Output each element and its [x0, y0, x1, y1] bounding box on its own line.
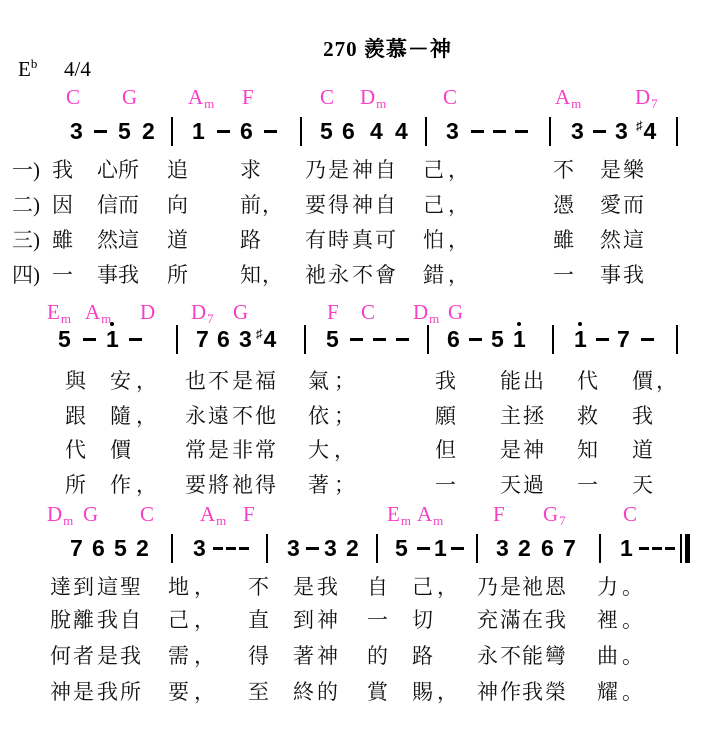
chord-quality: m	[63, 513, 73, 528]
lyric-char: 神	[317, 644, 338, 668]
chord-quality: m	[429, 311, 439, 326]
lyric-char: 是	[328, 158, 349, 182]
key-signature: Eb	[18, 56, 37, 82]
note-dash	[665, 547, 675, 550]
lyric-char: 己	[168, 608, 189, 632]
lyric-char: 而	[118, 193, 139, 217]
note-digit: 5	[326, 327, 339, 352]
lyric-char: 我	[623, 263, 644, 287]
note-digit: 1	[574, 327, 587, 352]
chord-symbol: F	[242, 86, 254, 108]
chord-symbol: F	[493, 503, 505, 525]
chord-symbol: C	[140, 503, 154, 525]
lyric-char: 恩	[545, 575, 566, 599]
note-dash	[471, 130, 484, 133]
lyric-char: 不	[352, 263, 373, 287]
octave-dot	[110, 322, 114, 326]
chord-symbol: Am	[417, 503, 443, 528]
note-digit: 4	[370, 119, 383, 144]
lyric-char: 愛	[600, 193, 621, 217]
note-dash	[306, 547, 319, 550]
note-digit: 5	[118, 119, 131, 144]
lyric-char: 。	[622, 608, 643, 632]
lyric-char: 神	[352, 158, 373, 182]
lyric-char: 。	[622, 575, 643, 599]
lyric-char: 自	[375, 193, 396, 217]
lyric-char: 所	[65, 473, 86, 497]
lyric-char: 我	[435, 369, 456, 393]
chord-quality: m	[204, 96, 214, 111]
lyric-char: 己	[423, 158, 444, 182]
note-digit: 4	[395, 119, 408, 144]
chord-symbol: G	[122, 86, 137, 108]
lyric-char: 一	[435, 473, 456, 497]
chord-quality: m	[571, 96, 581, 111]
chord-quality: m	[216, 513, 226, 528]
lyric-char: 代	[65, 438, 86, 462]
lyric-char: ，	[437, 575, 458, 599]
chord-symbol: C	[66, 86, 80, 108]
lyric-char: 是	[500, 438, 521, 462]
lyric-char: 一	[367, 608, 388, 632]
barline	[476, 534, 478, 563]
lyric-char: 是	[500, 575, 521, 599]
chord-symbol: D7	[635, 86, 658, 111]
barline	[676, 117, 678, 146]
lyric-char: 所	[118, 158, 139, 182]
note-dash	[652, 547, 662, 550]
lyric-char: ，	[194, 680, 215, 704]
lyric-char: 這	[97, 575, 118, 599]
note-dash	[469, 338, 482, 341]
lyric-char: 真	[352, 228, 373, 252]
note-dash	[396, 338, 409, 341]
lyric-char: 有	[305, 228, 326, 252]
lyric-char: 是	[600, 158, 621, 182]
lyric-char: 神	[477, 680, 498, 704]
barline	[376, 534, 378, 563]
lyric-char: 力	[597, 575, 618, 599]
lyric-char: 得	[255, 473, 276, 497]
lyric-char: 要	[185, 473, 206, 497]
note-digit: 5	[58, 327, 71, 352]
barline	[425, 117, 427, 146]
lyric-char: 依	[308, 404, 329, 428]
lyric-char: 作	[110, 473, 131, 497]
verse-label: 四)	[12, 263, 40, 287]
time-signature: 4/4	[64, 57, 91, 82]
lyric-char: 怕	[423, 228, 444, 252]
lyric-char: 耀	[597, 680, 618, 704]
barline	[171, 534, 173, 563]
lyric-char: 賜	[412, 680, 433, 704]
lyric-char: 憑	[553, 193, 574, 217]
lyric-char: 因	[52, 193, 73, 217]
lyric-char: 主	[500, 404, 521, 428]
lyric-char: 著	[308, 473, 329, 497]
lyric-char: ；	[334, 369, 355, 393]
lyric-char: 終	[293, 680, 314, 704]
lyric-char: 出	[523, 369, 544, 393]
lyric-char: 乃	[477, 575, 498, 599]
lyric-char: 拯	[523, 404, 544, 428]
note-digit: 3	[193, 536, 206, 561]
note-digit: 5	[114, 536, 127, 561]
lyric-char: 然	[600, 228, 621, 252]
note-digit: 1	[434, 536, 447, 561]
lyric-char: ，	[448, 228, 469, 252]
note-digit: 1	[513, 327, 526, 352]
lyric-char: ，	[262, 263, 283, 287]
barline	[304, 325, 306, 354]
barline	[549, 117, 551, 146]
lyric-char: 聖	[120, 575, 141, 599]
lyric-char: 可	[375, 228, 396, 252]
lyric-char: 己	[423, 193, 444, 217]
note-digit: 3	[446, 119, 459, 144]
note-digit: 7	[617, 327, 630, 352]
lyric-char: 得	[328, 193, 349, 217]
note-digit: 6	[240, 119, 253, 144]
lyric-char: 道	[167, 228, 188, 252]
lyric-char: 所	[120, 680, 141, 704]
final-barline-thick	[685, 534, 690, 563]
lyric-char: 雖	[52, 228, 73, 252]
lyric-char: 我	[52, 158, 73, 182]
verse-label: 二)	[12, 193, 40, 217]
chord-symbol: Em	[387, 503, 411, 528]
lyric-char: 作	[500, 680, 521, 704]
lyric-char: 一	[52, 263, 73, 287]
chord-symbol: F	[243, 503, 255, 525]
note-dash	[593, 130, 606, 133]
note-dash	[515, 130, 528, 133]
lyric-char: 大	[308, 438, 329, 462]
chord-quality: 7	[559, 513, 566, 528]
lyric-char: 。	[622, 644, 643, 668]
note-digit: 6	[447, 327, 460, 352]
chord-symbol: G	[448, 301, 463, 323]
note-dash	[451, 547, 464, 550]
lyric-char: 充	[477, 608, 498, 632]
lyric-char: 求	[240, 158, 261, 182]
lyric-char: 我	[632, 404, 653, 428]
lyric-char: 我	[522, 680, 543, 704]
note-digit: 3	[324, 536, 337, 561]
lyric-char: 救	[577, 404, 598, 428]
lyric-char: 脫	[50, 608, 71, 632]
lyric-char: 隨	[110, 404, 131, 428]
verse-label: 三)	[12, 228, 40, 252]
lyric-char: ，	[136, 404, 157, 428]
chord-quality: m	[401, 513, 411, 528]
lyric-char: 時	[328, 228, 349, 252]
lyric-char: 他	[255, 404, 276, 428]
lyric-char: 路	[412, 644, 433, 668]
chord-symbol: D	[140, 301, 155, 323]
lyric-char: 與	[65, 369, 86, 393]
lyric-char: 著	[293, 644, 314, 668]
lyric-char: 能	[522, 644, 543, 668]
lyric-char: 價	[110, 438, 131, 462]
note-dash	[493, 130, 506, 133]
lyric-char: ，	[448, 193, 469, 217]
lyric-char: 事	[600, 263, 621, 287]
lyric-char: 永	[477, 644, 498, 668]
lyric-char: 知	[240, 263, 261, 287]
note-dash	[641, 338, 654, 341]
lyric-char: 不	[248, 575, 269, 599]
lyric-char: 福	[255, 369, 276, 393]
lyric-char: 是	[73, 680, 94, 704]
lyric-char: 是	[208, 438, 229, 462]
note-dash	[373, 338, 386, 341]
note-dash	[83, 338, 96, 341]
chord-symbol: C	[623, 503, 637, 525]
lyric-char: 心	[97, 158, 118, 182]
lyric-char: 離	[73, 608, 94, 632]
lyric-char: ，	[437, 680, 458, 704]
note-digit: 6	[217, 327, 230, 352]
lyric-char: 永	[328, 263, 349, 287]
note-dash	[226, 547, 236, 550]
note-dash	[94, 130, 107, 133]
lyric-char: ，	[656, 369, 677, 393]
lyric-char: 何	[50, 644, 71, 668]
flat-icon: b	[31, 56, 38, 71]
lyric-char: 不	[232, 404, 253, 428]
note-digit: 7	[70, 536, 83, 561]
lyric-char: 到	[73, 575, 94, 599]
chord-symbol: G7	[543, 503, 566, 528]
lyric-char: 而	[623, 193, 644, 217]
lyric-char: 知	[577, 438, 598, 462]
note-digit: 3	[571, 119, 584, 144]
chord-quality: m	[61, 311, 71, 326]
lyric-char: 我	[317, 575, 338, 599]
lyric-char: 一	[577, 473, 598, 497]
barline	[599, 534, 601, 563]
barline	[427, 325, 429, 354]
chord-symbol: F	[327, 301, 339, 323]
lyric-char: 所	[167, 263, 188, 287]
lyric-char: 神	[50, 680, 71, 704]
lyric-char: 這	[623, 228, 644, 252]
lyric-char: 乃	[305, 158, 326, 182]
chord-symbol: Dm	[47, 503, 73, 528]
lyric-char: 到	[293, 608, 314, 632]
lyric-char: 但	[435, 438, 456, 462]
lyric-char: 要	[305, 193, 326, 217]
lyric-char: 賞	[367, 680, 388, 704]
chord-symbol: G	[233, 301, 248, 323]
note-digit: ♯4	[636, 119, 656, 147]
lyric-char: 得	[248, 644, 269, 668]
lyric-char: 過	[523, 473, 544, 497]
chord-symbol: C	[361, 301, 375, 323]
note-digit: 2	[518, 536, 531, 561]
barline	[176, 325, 178, 354]
lyric-char: 祂	[522, 575, 543, 599]
lyric-char: 的	[317, 680, 338, 704]
note-digit: 6	[342, 119, 355, 144]
final-barline	[680, 534, 690, 563]
lyric-char: 。	[622, 680, 643, 704]
key-note: E	[18, 57, 31, 81]
note-digit: 1	[106, 327, 119, 352]
note-digit: 5	[491, 327, 504, 352]
lyric-char: 地	[168, 575, 189, 599]
final-barline-thin	[680, 534, 682, 563]
lyric-char: 將	[208, 473, 229, 497]
lyric-char: 信	[97, 193, 118, 217]
lyric-char: 是	[97, 644, 118, 668]
lyric-char: 價	[632, 369, 653, 393]
lyric-char: 遠	[208, 404, 229, 428]
note-digit: 2	[142, 119, 155, 144]
lyric-char: 自	[375, 158, 396, 182]
lyric-char: 道	[632, 438, 653, 462]
lyric-char: 滿	[500, 608, 521, 632]
chord-symbol: Am	[555, 86, 581, 111]
lyric-char: 不	[500, 644, 521, 668]
barline	[171, 117, 173, 146]
note-dash	[639, 547, 649, 550]
note-dash	[350, 338, 363, 341]
lyric-char: 榮	[545, 680, 566, 704]
lyric-char: 彎	[545, 644, 566, 668]
lyric-char: 切	[412, 608, 433, 632]
octave-dot	[517, 322, 521, 326]
lyric-char: 安	[110, 369, 131, 393]
lyric-char: ，	[194, 575, 215, 599]
lyric-char: 祂	[232, 473, 253, 497]
lyric-char: 直	[248, 608, 269, 632]
lyric-char: 常	[185, 438, 206, 462]
lyric-char: 事	[97, 263, 118, 287]
lyric-char: 我	[120, 644, 141, 668]
chord-quality: m	[433, 513, 443, 528]
lyric-char: ；	[334, 473, 355, 497]
lyric-char: 要	[168, 680, 189, 704]
note-dash	[417, 547, 430, 550]
chord-symbol: Am	[200, 503, 226, 528]
lyric-char: 天	[500, 473, 521, 497]
lyric-char: 自	[120, 608, 141, 632]
lyric-char: ，	[136, 473, 157, 497]
lyric-char: 我	[118, 263, 139, 287]
note-digit: 3	[496, 536, 509, 561]
note-dash	[217, 130, 230, 133]
lyric-char: 天	[632, 473, 653, 497]
sharp-icon: ♯	[636, 118, 643, 133]
lyric-char: ；	[334, 404, 355, 428]
note-digit: 6	[541, 536, 554, 561]
octave-dot	[578, 322, 582, 326]
lyric-char: ，	[194, 644, 215, 668]
lyric-char: 永	[185, 404, 206, 428]
chord-symbol: Dm	[360, 86, 386, 111]
lyric-char: 神	[317, 608, 338, 632]
lyric-char: 常	[255, 438, 276, 462]
lyric-char: 的	[367, 644, 388, 668]
lyric-char: 路	[240, 228, 261, 252]
lyric-char: 裡	[597, 608, 618, 632]
barline	[300, 117, 302, 146]
lyric-char: 至	[248, 680, 269, 704]
note-dash	[264, 130, 277, 133]
barline	[266, 534, 268, 563]
chord-symbol: G	[83, 503, 98, 525]
note-digit: 2	[346, 536, 359, 561]
note-dash	[213, 547, 223, 550]
barline	[552, 325, 554, 354]
song-title: 270 羨慕－神	[0, 33, 717, 63]
note-digit: 6	[92, 536, 105, 561]
lyric-char: 不	[208, 369, 229, 393]
lyric-char: 能	[500, 369, 521, 393]
lyric-char: 在	[522, 608, 543, 632]
note-dash	[129, 338, 142, 341]
lyric-char: 會	[375, 263, 396, 287]
note-digit: 7	[196, 327, 209, 352]
note-digit: 3	[615, 119, 628, 144]
lyric-char: 神	[523, 438, 544, 462]
chord-symbol: C	[320, 86, 334, 108]
lyric-char: 一	[553, 263, 574, 287]
lyric-char: 前	[240, 193, 261, 217]
lyric-char: 跟	[65, 404, 86, 428]
lyric-char: 達	[50, 575, 71, 599]
sheet: 270 羨慕－神 Eb 4/4 CGAmFCDmCAmD735216564433…	[0, 0, 717, 752]
lyric-char: ，	[448, 263, 469, 287]
chord-symbol: C	[443, 86, 457, 108]
verse-label: 一)	[12, 158, 40, 182]
lyric-char: 向	[167, 193, 188, 217]
lyric-char: 然	[97, 228, 118, 252]
lyric-char: 錯	[423, 263, 444, 287]
note-digit: ♯4	[256, 327, 276, 355]
lyric-char: ，	[262, 193, 283, 217]
chord-symbol: D7	[191, 301, 214, 326]
lyric-char: 代	[577, 369, 598, 393]
lyric-char: 不	[553, 158, 574, 182]
lyric-char: ，	[136, 369, 157, 393]
lyric-char: 者	[73, 644, 94, 668]
lyric-char: 雖	[553, 228, 574, 252]
lyric-char: 己	[412, 575, 433, 599]
lyric-char: ，	[448, 158, 469, 182]
lyric-char: 這	[118, 228, 139, 252]
note-digit: 7	[563, 536, 576, 561]
chord-quality: 7	[651, 96, 658, 111]
lyric-char: 祂	[305, 263, 326, 287]
note-digit: 3	[287, 536, 300, 561]
note-digit: 1	[620, 536, 633, 561]
note-digit: 2	[136, 536, 149, 561]
lyric-char: 自	[367, 575, 388, 599]
lyric-char: 是	[293, 575, 314, 599]
lyric-char: 也	[185, 369, 206, 393]
note-dash	[239, 547, 249, 550]
lyric-char: 氣	[308, 369, 329, 393]
chord-symbol: Dm	[413, 301, 439, 326]
note-digit: 5	[320, 119, 333, 144]
chord-symbol: Am	[85, 301, 111, 326]
lyric-char: ，	[194, 608, 215, 632]
chord-quality: 7	[207, 311, 214, 326]
note-digit: 1	[192, 119, 205, 144]
